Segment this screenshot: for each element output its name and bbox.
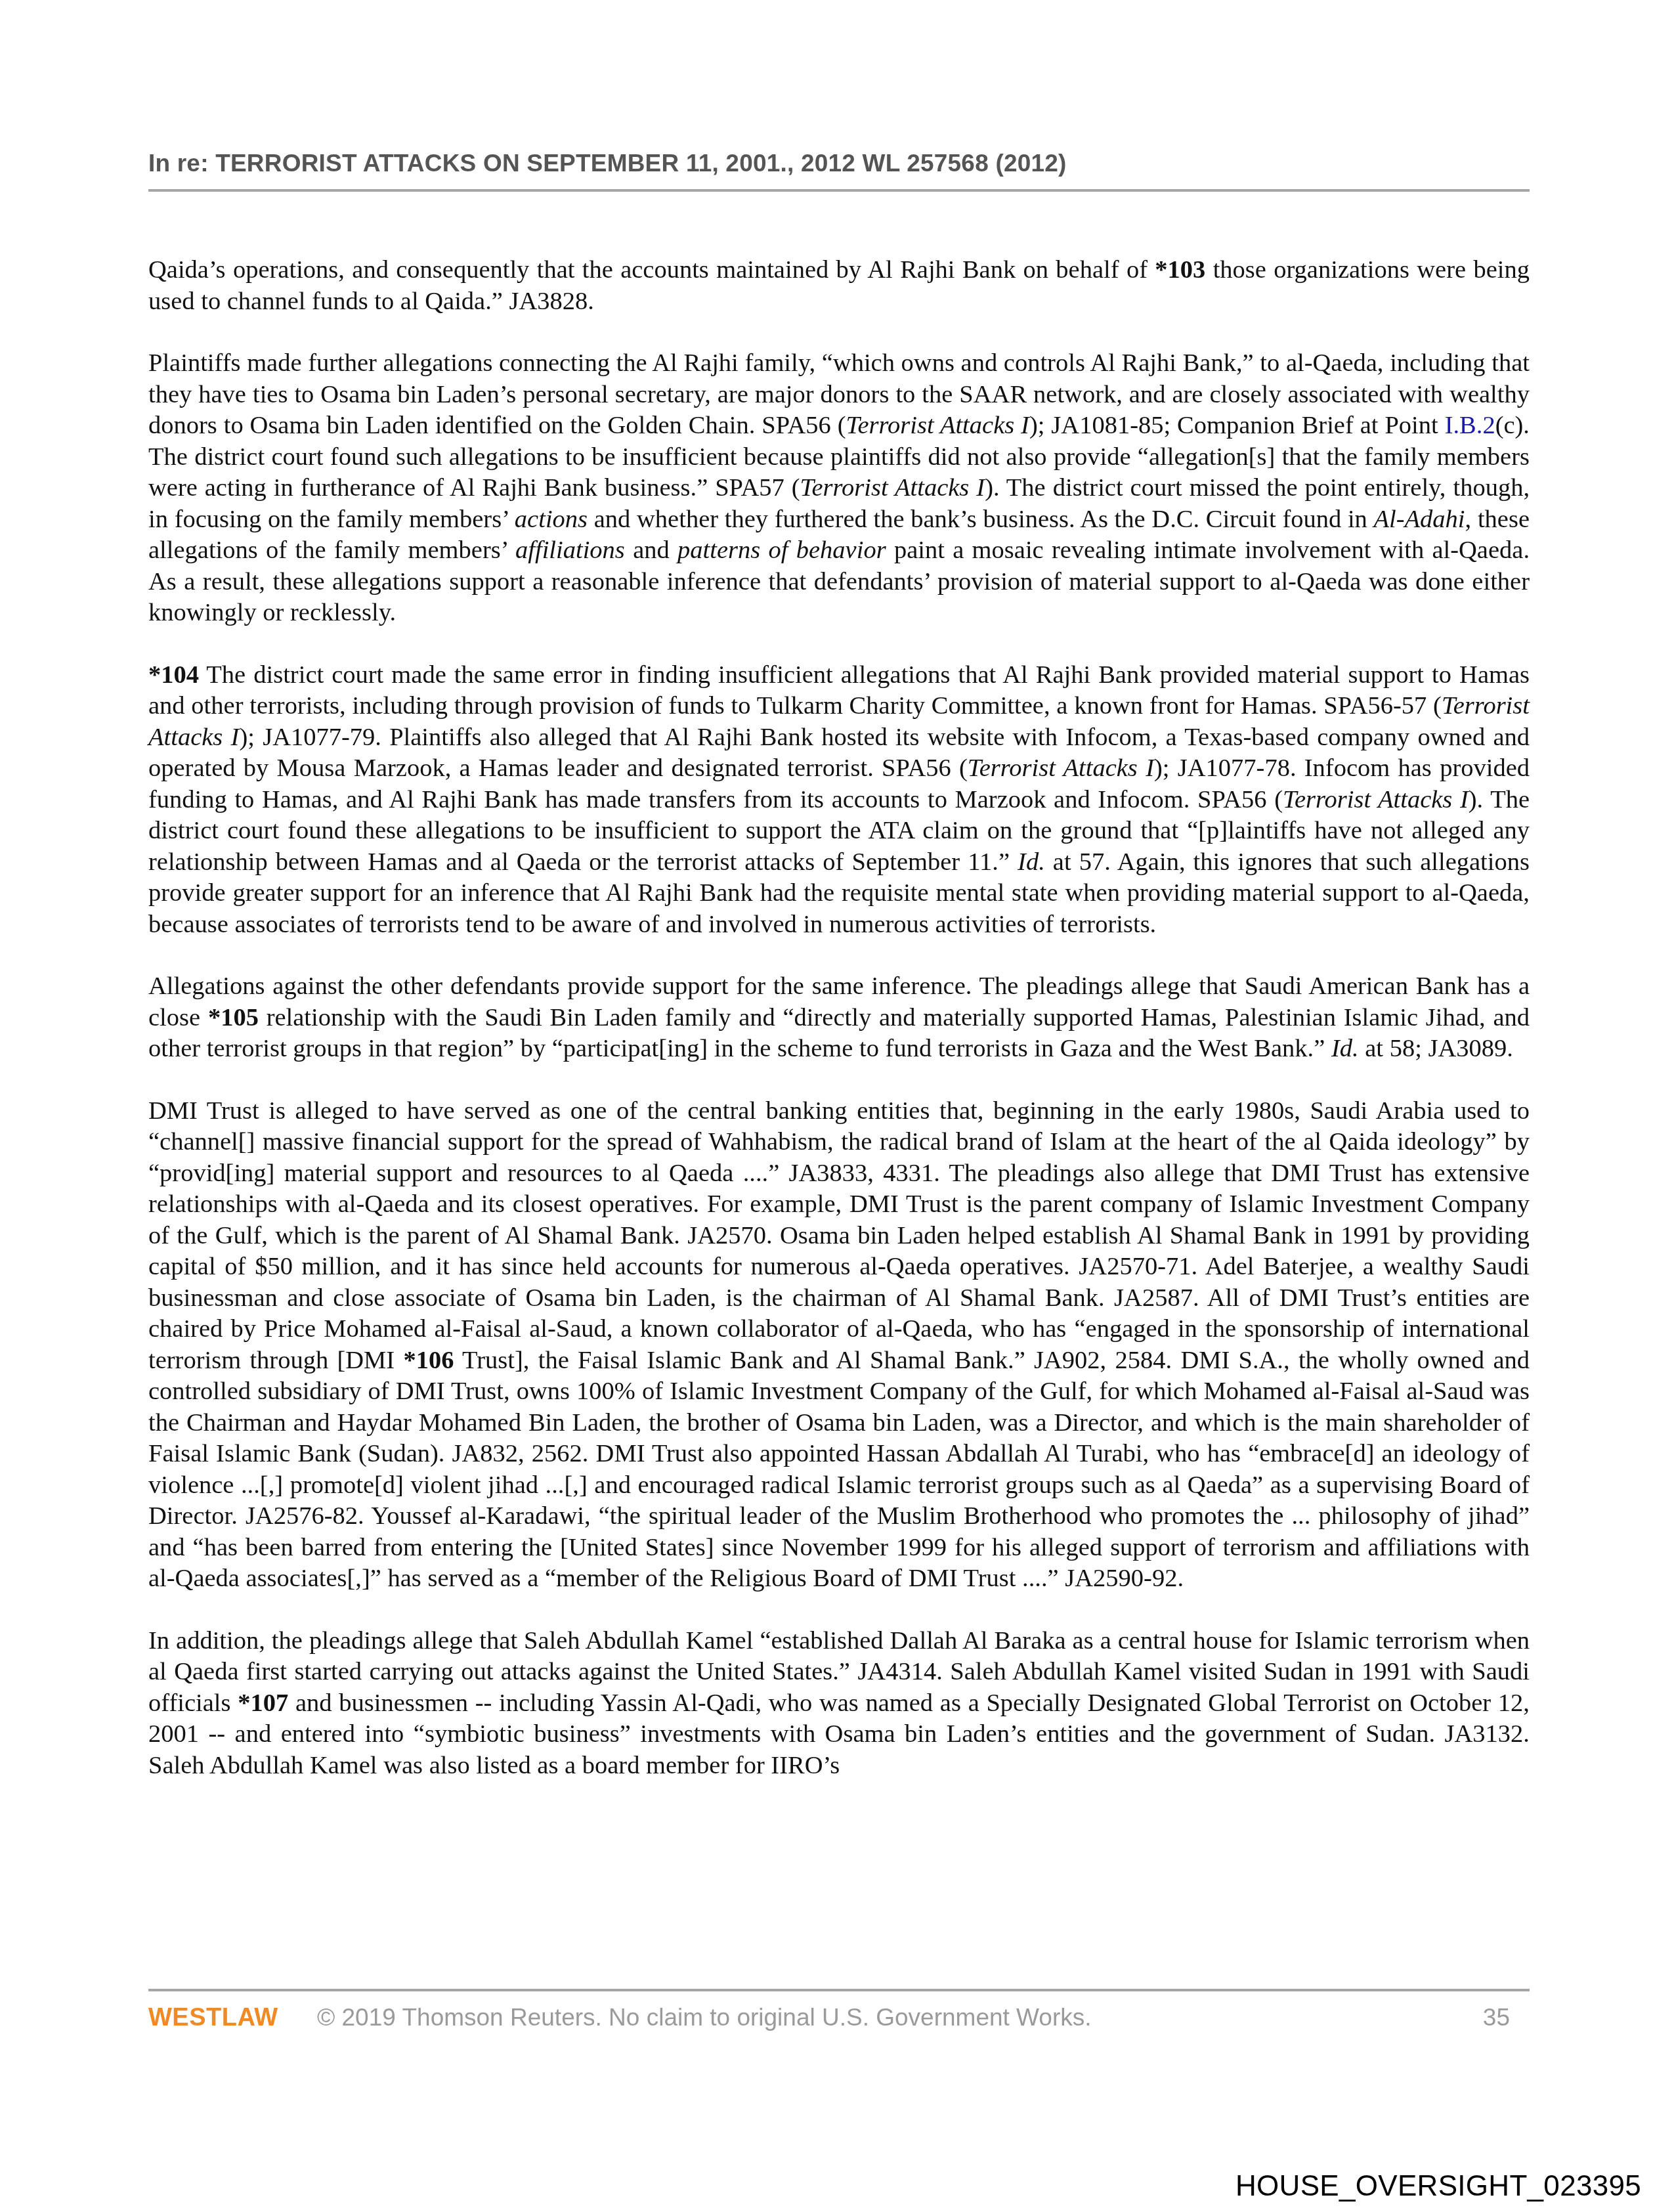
text-run: at 58; JA3089.	[1359, 1035, 1513, 1062]
paragraph-5: DMI Trust is alleged to have served as o…	[148, 1096, 1530, 1595]
star-page-marker: *106	[403, 1347, 454, 1374]
paragraph-2: Plaintiffs made further allegations conn…	[148, 348, 1530, 629]
footer-divider	[148, 1989, 1530, 1991]
text-run: relationship with the Saudi Bin Laden fa…	[148, 1004, 1530, 1063]
text-run: and whether they furthered the bank’s bu…	[588, 506, 1374, 533]
case-citation: Terrorist Attacks I	[846, 412, 1029, 439]
copyright-notice: © 2019 Thomson Reuters. No claim to orig…	[317, 2004, 1092, 2031]
emphasis: patterns of behavior	[677, 536, 886, 564]
case-citation: Id.	[1331, 1035, 1359, 1062]
star-page-marker: *103	[1155, 256, 1205, 284]
text-run: and businessmen -- including Yassin Al-Q…	[148, 1689, 1530, 1779]
text-run: ); JA1081-85; Companion Brief at Point	[1029, 412, 1445, 439]
cross-reference-link[interactable]: I.B.2	[1445, 412, 1495, 439]
text-run: The district court made the same error i…	[148, 661, 1530, 720]
star-page-marker: *105	[208, 1004, 259, 1031]
text-run: DMI Trust is alleged to have served as o…	[148, 1097, 1530, 1374]
emphasis: affiliations	[515, 536, 625, 564]
paragraph-1: Qaida’s operations, and consequently tha…	[148, 255, 1530, 317]
star-page-marker: *104	[148, 661, 199, 689]
westlaw-logo: WESTLAW	[148, 2004, 278, 2032]
header-divider	[148, 189, 1530, 192]
case-citation: Terrorist Attacks I	[1283, 786, 1469, 813]
text-run: Qaida’s operations, and consequently tha…	[148, 256, 1155, 284]
emphasis: actions	[515, 506, 588, 533]
case-citation: Terrorist Attacks I	[800, 474, 985, 502]
case-citation: Al-Adahi	[1374, 506, 1465, 533]
page-number: 35	[1483, 2004, 1510, 2031]
document-body: Qaida’s operations, and consequently tha…	[148, 255, 1530, 1812]
running-header: In re: TERRORIST ATTACKS ON SEPTEMBER 11…	[148, 150, 1527, 177]
case-citation: Terrorist Attacks I	[968, 754, 1154, 782]
paragraph-6: In addition, the pleadings allege that S…	[148, 1626, 1530, 1782]
paragraph-3: *104 The district court made the same er…	[148, 660, 1530, 941]
star-page-marker: *107	[238, 1689, 288, 1717]
case-citation: Id.	[1018, 848, 1045, 876]
paragraph-4: Allegations against the other defendants…	[148, 971, 1530, 1065]
document-page: In re: TERRORIST ATTACKS ON SEPTEMBER 11…	[0, 0, 1674, 2212]
bates-number: HOUSE_OVERSIGHT_023395	[1235, 2170, 1641, 2203]
text-run: Trust], the Faisal Islamic Bank and Al S…	[148, 1347, 1530, 1593]
page-footer: WESTLAW © 2019 Thomson Reuters. No claim…	[148, 2004, 1530, 2037]
text-run: and	[625, 536, 677, 564]
